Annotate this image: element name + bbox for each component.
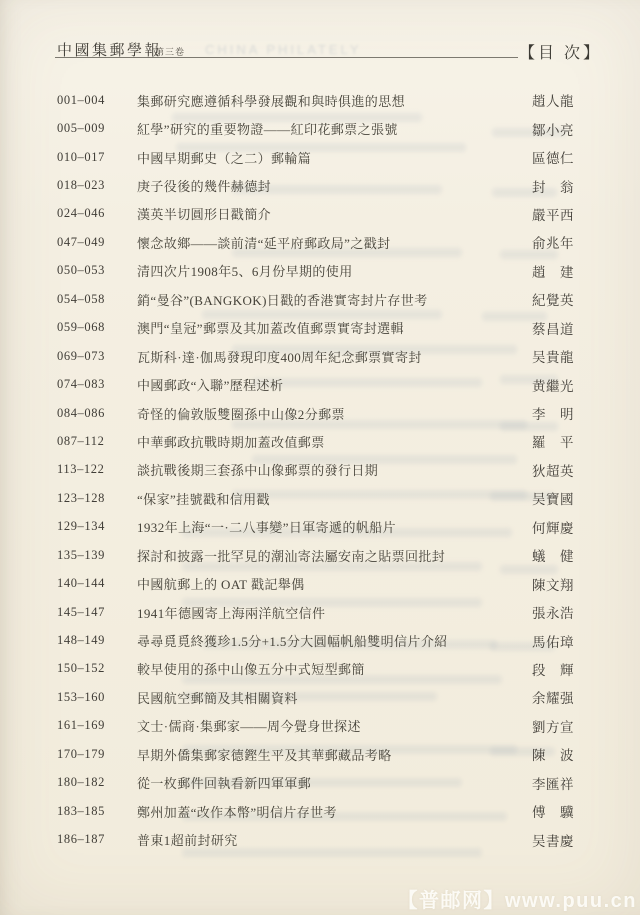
- toc-entry-author: 何輝慶: [532, 517, 574, 537]
- toc-entry: 129–134 1932年上海“一·二八事變”日軍寄遞的帆船片 何輝慶: [57, 513, 574, 541]
- toc-entry-title: “保家”挂號戳和信用戳: [137, 489, 532, 508]
- toc-entry: 153–160 民國航空郵簡及其相關資料 余耀强: [57, 683, 574, 711]
- contents-section-marker: 【目 次】: [519, 40, 602, 63]
- toc-entry: 010–017 中國早期郵史（之二）郵輪篇 區德仁: [57, 143, 574, 171]
- toc-entry-title: 紅學”研究的重要物證——紅印花郵票之張號: [137, 119, 532, 138]
- toc-entry-author: 俞兆年: [532, 232, 574, 252]
- toc-entry-title: 瓦斯科·達·伽馬發現印度400周年紀念郵票實寄封: [137, 347, 532, 366]
- toc-entry-pages: 186–187: [57, 832, 137, 847]
- toc-entry-author: 李 明: [532, 403, 574, 423]
- toc-entry: 145–147 1941年德國寄上海兩洋航空信件 張永浩: [57, 598, 574, 626]
- toc-entry: 123–128 “保家”挂號戳和信用戳 吴寶國: [57, 484, 574, 512]
- toc-entry: 170–179 早期外僑集郵家德鏗生平及其華郵藏品考略 陳 波: [57, 740, 574, 768]
- toc-entry-author: 趙人龍: [532, 90, 574, 110]
- toc-entry: 074–083 中國郵政“入聯”歷程述析 黄繼光: [57, 370, 574, 398]
- toc-entry-author: 段 輝: [532, 659, 574, 679]
- toc-entry-title: 庚子役後的幾件赫德封: [137, 176, 532, 195]
- toc-entry-pages: 150–152: [57, 661, 137, 676]
- toc-entry: 180–182 從一枚郵件回執看新四軍軍郵 李匯祥: [57, 769, 574, 797]
- toc-entry: 135–139 探討和披露一批罕見的潮汕寄法屬安南之貼票回批封 蟻 健: [57, 541, 574, 569]
- toc-entry-author: 余耀强: [532, 687, 574, 707]
- toc-entry: 084–086 奇怪的倫敦版雙圈孫中山像2分郵票 李 明: [57, 399, 574, 427]
- toc-entry-title: 1941年德國寄上海兩洋航空信件: [137, 603, 532, 622]
- toc-entry: 050–053 清四次片1908年5、6月份早期的使用 趙 建: [57, 257, 574, 285]
- site-watermark: 【普邮网】www.puu.cn: [397, 884, 637, 913]
- toc-entry-pages: 148–149: [57, 633, 137, 648]
- toc-entry: 113–122 談抗戰後期三套孫中山像郵票的發行日期 狄超英: [57, 456, 574, 484]
- toc-entry-pages: 140–144: [57, 576, 137, 591]
- toc-entry-title: 談抗戰後期三套孫中山像郵票的發行日期: [137, 460, 532, 479]
- toc-entry-author: 蔡昌道: [532, 318, 574, 338]
- toc-entry-title: 澳門“皇冠”郵票及其加蓋改值郵票實寄封選輯: [137, 318, 532, 337]
- toc-entry-author: 吴寶國: [532, 488, 574, 508]
- toc-entry-pages: 010–017: [57, 150, 137, 165]
- toc-entry-title: 1932年上海“一·二八事變”日軍寄遞的帆船片: [137, 517, 532, 536]
- toc-entry-pages: 087–112: [57, 434, 137, 449]
- toc-entry-title: 從一枚郵件回執看新四軍軍郵: [137, 773, 532, 792]
- toc-entry-pages: 024–046: [57, 206, 137, 221]
- toc-entry-pages: 059–068: [57, 320, 137, 335]
- toc-entry-pages: 170–179: [57, 747, 137, 762]
- header-rule: [55, 57, 518, 58]
- toc-entry-title: 中國航郵上的 OAT 戳記舉偶: [137, 574, 532, 593]
- toc-entry-title: 漢英半切圓形日戳簡介: [137, 204, 532, 223]
- toc-entry: 186–187 普東1超前封研究 吴書慶: [57, 825, 574, 853]
- toc-entry: 140–144 中國航郵上的 OAT 戳記舉偶 陳文翔: [57, 569, 574, 597]
- toc-entry-author: 吴貴龍: [532, 346, 574, 366]
- toc-entry: 161–169 文士·儒商·集郵家——周今覺身世探述 劉方宣: [57, 712, 574, 740]
- toc-entry-pages: 018–023: [57, 178, 137, 193]
- toc-entry-author: 劉方宣: [532, 716, 574, 736]
- toc-entry: 001–004 集郵研究應遵循科學發展觀和與時俱進的思想 趙人龍: [57, 86, 574, 114]
- toc-entry-author: 吴書慶: [532, 830, 574, 850]
- toc-entry-author: 黄繼光: [532, 375, 574, 395]
- toc-list: 001–004 集郵研究應遵循科學發展觀和與時俱進的思想 趙人龍 005–009…: [57, 86, 574, 854]
- scanned-toc-page: CHINA PHILATELY 中國集郵學報 第三卷 【目 次】 001–004…: [0, 0, 640, 915]
- toc-entry: 183–185 鄭州加蓋“改作本幣”明信片存世考 傅 驥: [57, 797, 574, 825]
- toc-entry-author: 羅 平: [532, 431, 574, 451]
- toc-entry-author: 趙 建: [532, 261, 574, 281]
- toc-entry: 087–112 中華郵政抗戰時期加蓋改值郵票 羅 平: [57, 427, 574, 455]
- toc-entry: 148–149 尋尋覓覓終獲珍1.5分+1.5分大圓幅帆船雙明信片介紹 馬佑璋: [57, 626, 574, 654]
- toc-entry-title: 集郵研究應遵循科學發展觀和與時俱進的思想: [137, 91, 532, 110]
- toc-entry-pages: 153–160: [57, 690, 137, 705]
- toc-entry-author: 封 翁: [532, 176, 574, 196]
- toc-entry-title: 清四次片1908年5、6月份早期的使用: [137, 261, 532, 280]
- toc-entry-title: 探討和披露一批罕見的潮汕寄法屬安南之貼票回批封: [137, 546, 532, 565]
- toc-entry-pages: 005–009: [57, 121, 137, 136]
- toc-entry-title: 懷念故鄉——談前清“延平府郵政局”之戳封: [137, 233, 532, 252]
- toc-entry-title: 民國航空郵簡及其相關資料: [137, 688, 532, 707]
- toc-entry-title: 中國郵政“入聯”歷程述析: [137, 375, 532, 394]
- toc-entry-title: 普東1超前封研究: [137, 830, 532, 849]
- toc-entry-author: 張永浩: [532, 602, 574, 622]
- toc-entry-author: 狄超英: [532, 460, 574, 480]
- toc-entry-pages: 054–058: [57, 292, 137, 307]
- toc-entry-title: 尋尋覓覓終獲珍1.5分+1.5分大圓幅帆船雙明信片介紹: [137, 631, 532, 650]
- toc-entry-pages: 183–185: [57, 804, 137, 819]
- toc-entry-title: 奇怪的倫敦版雙圈孫中山像2分郵票: [137, 404, 532, 423]
- toc-entry-pages: 135–139: [57, 548, 137, 563]
- toc-entry-title: 文士·儒商·集郵家——周今覺身世探述: [137, 716, 532, 735]
- toc-entry-pages: 084–086: [57, 406, 137, 421]
- toc-entry-author: 嚴平西: [532, 204, 574, 224]
- toc-entry-pages: 161–169: [57, 718, 137, 733]
- toc-entry: 047–049 懷念故鄉——談前清“延平府郵政局”之戳封 俞兆年: [57, 228, 574, 256]
- toc-entry-pages: 145–147: [57, 605, 137, 620]
- toc-entry-author: 區德仁: [532, 147, 574, 167]
- toc-entry-pages: 123–128: [57, 491, 137, 506]
- toc-entry-author: 李匯祥: [532, 773, 574, 793]
- toc-entry-title: 早期外僑集郵家德鏗生平及其華郵藏品考略: [137, 745, 532, 764]
- toc-entry-pages: 180–182: [57, 775, 137, 790]
- toc-entry-author: 馬佑璋: [532, 631, 574, 651]
- toc-entry-author: 陳文翔: [532, 574, 574, 594]
- toc-entry: 005–009 紅學”研究的重要物證——紅印花郵票之張號 鄒小亮: [57, 114, 574, 142]
- toc-entry-pages: 047–049: [57, 235, 137, 250]
- toc-entry: 024–046 漢英半切圓形日戳簡介 嚴平西: [57, 200, 574, 228]
- toc-entry-author: 陳 波: [532, 744, 574, 764]
- toc-entry: 150–152 較早使用的孫中山像五分中式短型郵簡 段 輝: [57, 655, 574, 683]
- toc-entry-title: 鄭州加蓋“改作本幣”明信片存世考: [137, 802, 532, 821]
- toc-entry-pages: 069–073: [57, 349, 137, 364]
- toc-entry-author: 紀覺英: [532, 289, 574, 309]
- toc-entry-title: 較早使用的孫中山像五分中式短型郵簡: [137, 659, 532, 678]
- toc-entry-pages: 113–122: [57, 462, 137, 477]
- toc-entry: 018–023 庚子役後的幾件赫德封 封 翁: [57, 171, 574, 199]
- toc-entry: 054–058 銷“曼谷”(BANGKOK)日戳的香港實寄封片存世考 紀覺英: [57, 285, 574, 313]
- toc-entry-title: 中華郵政抗戰時期加蓋改值郵票: [137, 432, 532, 451]
- toc-entry-pages: 001–004: [57, 93, 137, 108]
- toc-entry-title: 銷“曼谷”(BANGKOK)日戳的香港實寄封片存世考: [137, 290, 532, 309]
- toc-entry-pages: 050–053: [57, 263, 137, 278]
- bleed-through-header-text: CHINA PHILATELY: [205, 42, 362, 57]
- toc-entry-pages: 074–083: [57, 377, 137, 392]
- toc-entry-author: 傅 驥: [532, 801, 574, 821]
- toc-entry-pages: 129–134: [57, 519, 137, 534]
- toc-entry-title: 中國早期郵史（之二）郵輪篇: [137, 148, 532, 167]
- toc-entry-author: 鄒小亮: [532, 119, 574, 139]
- toc-entry: 059–068 澳門“皇冠”郵票及其加蓋改值郵票實寄封選輯 蔡昌道: [57, 314, 574, 342]
- toc-entry-author: 蟻 健: [532, 545, 574, 565]
- toc-entry: 069–073 瓦斯科·達·伽馬發現印度400周年紀念郵票實寄封 吴貴龍: [57, 342, 574, 370]
